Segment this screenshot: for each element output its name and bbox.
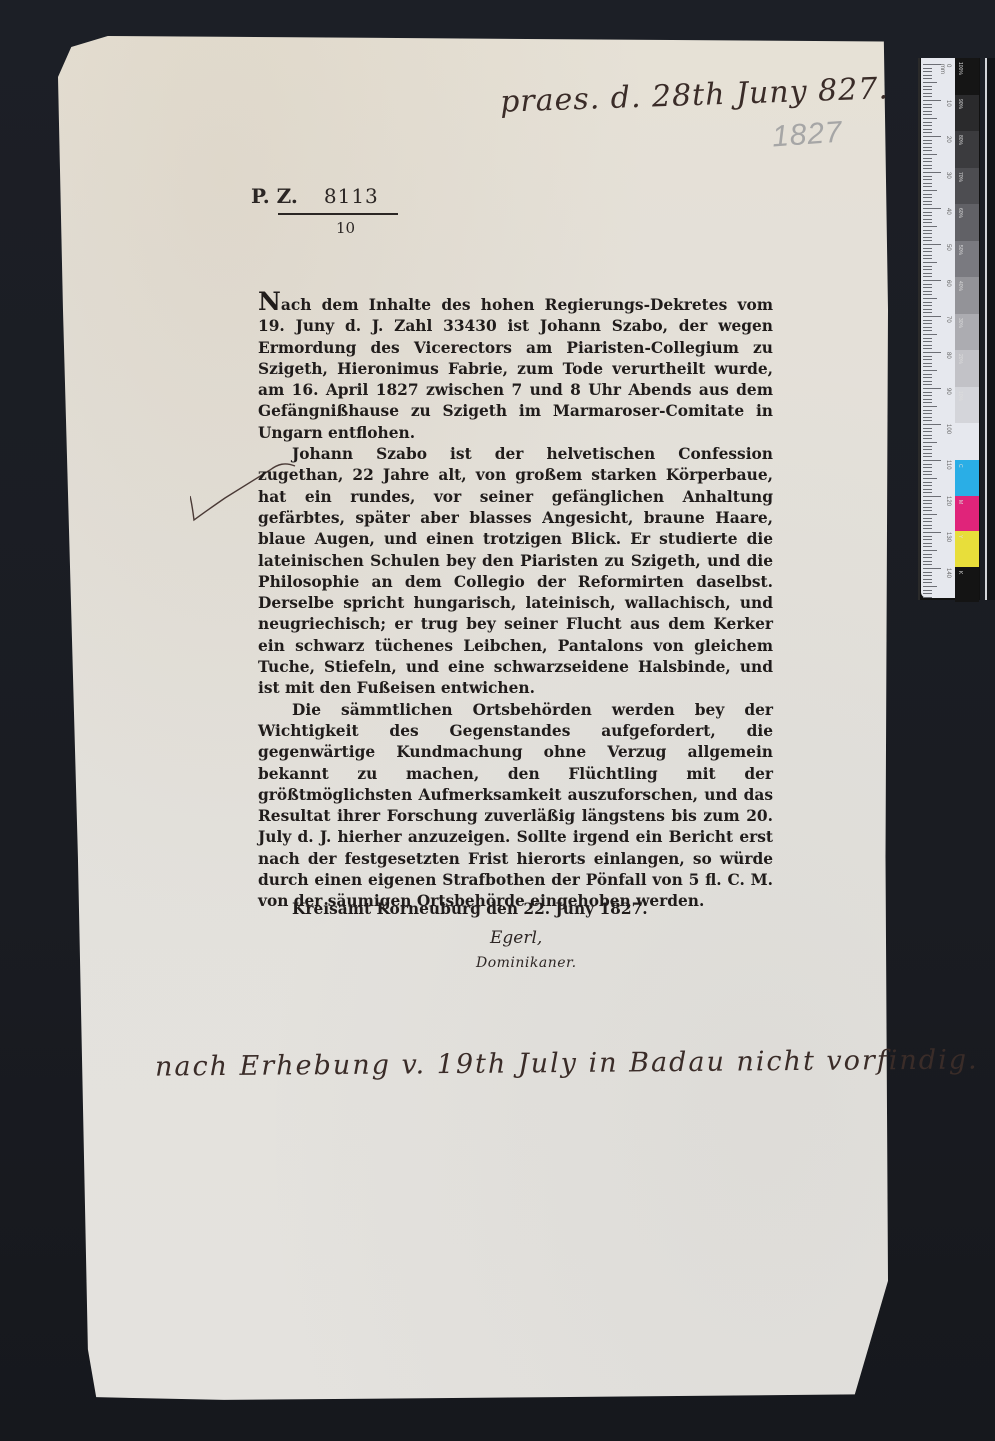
ruler-label: 40 bbox=[945, 208, 951, 215]
ruler-tick bbox=[923, 334, 937, 335]
ruler-label: 90 bbox=[945, 388, 951, 395]
ruler-label: 130 bbox=[945, 532, 951, 542]
ruler-tick bbox=[923, 107, 932, 108]
ruler-tick bbox=[923, 370, 937, 371]
ruler-tick bbox=[923, 237, 932, 238]
ruler-label: 80 bbox=[945, 352, 951, 359]
ruler-tick bbox=[923, 377, 932, 378]
ruler-tick bbox=[923, 507, 932, 508]
ruler-tick bbox=[923, 550, 937, 551]
ruler-tick bbox=[923, 514, 937, 515]
ruler-tick bbox=[923, 536, 932, 537]
ruler-tick bbox=[923, 165, 932, 166]
ruler-label: 100 bbox=[945, 424, 951, 434]
ruler-tick bbox=[923, 496, 941, 497]
color-patches: 100%90%80%70%60%50%40%30%20%10%CMYK bbox=[955, 58, 979, 602]
ruler-tick bbox=[923, 420, 932, 421]
ruler-tick bbox=[923, 352, 941, 353]
ruler-tick bbox=[923, 356, 932, 357]
ruler-tick bbox=[923, 348, 932, 349]
ruler-tick bbox=[923, 593, 932, 594]
ruler-tick bbox=[923, 572, 932, 573]
ruler-tick bbox=[923, 186, 932, 187]
ruler-tick bbox=[923, 71, 932, 72]
ruler-tick bbox=[923, 341, 932, 342]
ruler-tick bbox=[923, 262, 937, 263]
ruler-tick bbox=[923, 582, 932, 583]
ruler-tick bbox=[923, 240, 932, 241]
patch-gap bbox=[955, 423, 979, 460]
paragraph-instructions: Die sämmtlichen Ortsbehörden werden bey … bbox=[258, 700, 773, 913]
ruler-tick bbox=[923, 298, 937, 299]
ruler-tick bbox=[923, 183, 932, 184]
ruler-tick bbox=[923, 359, 932, 360]
color-patch: Y bbox=[955, 531, 979, 567]
ruler-tick bbox=[923, 579, 932, 580]
pencil-year-note: 1827 bbox=[771, 116, 844, 155]
ruler-tick bbox=[923, 532, 941, 533]
ruler-tick bbox=[923, 528, 932, 529]
ruler-tick bbox=[923, 575, 932, 576]
ruler-tick bbox=[923, 539, 932, 540]
ruler-tick bbox=[923, 309, 932, 310]
ruler-tick bbox=[923, 478, 937, 479]
ruler-label: 120 bbox=[945, 496, 951, 506]
ruler-tick bbox=[923, 287, 932, 288]
ruler-tick bbox=[923, 557, 932, 558]
ruler-tick bbox=[923, 521, 932, 522]
ruler-tick bbox=[923, 132, 932, 133]
ruler-tick bbox=[923, 143, 932, 144]
reference-number: P. Z.8113 bbox=[251, 184, 379, 208]
ruler-tick bbox=[923, 194, 932, 195]
reference-prefix: P. Z. bbox=[251, 184, 298, 208]
ruler-tick bbox=[923, 518, 932, 519]
ruler-tick bbox=[923, 424, 941, 425]
ruler-tick bbox=[923, 402, 932, 403]
color-patch: M bbox=[955, 496, 979, 532]
ruler-tick bbox=[923, 129, 932, 130]
ruler-tick bbox=[923, 316, 941, 317]
ruler-tick bbox=[923, 363, 932, 364]
ruler-tick bbox=[923, 68, 932, 69]
ruler-tick bbox=[923, 233, 932, 234]
ruler-tick bbox=[923, 226, 937, 227]
ruler-tick bbox=[923, 302, 932, 303]
ruler-tick bbox=[923, 554, 932, 555]
ruler-tick bbox=[923, 449, 932, 450]
ruler-tick bbox=[923, 161, 932, 162]
ruler-tick bbox=[923, 456, 932, 457]
ruler-tick bbox=[923, 78, 932, 79]
ruler-tick bbox=[923, 492, 932, 493]
ruler-tick bbox=[923, 399, 932, 400]
ruler-tick bbox=[923, 255, 932, 256]
ruler-tick bbox=[923, 568, 941, 569]
ruler-tick bbox=[923, 215, 932, 216]
ruler-tick bbox=[923, 485, 932, 486]
ruler-tick bbox=[923, 111, 932, 112]
gray-patch: 50% bbox=[955, 241, 979, 278]
ruler-tick bbox=[923, 273, 932, 274]
ruler-label: 0 mm bbox=[939, 64, 951, 74]
ruler-tick bbox=[923, 140, 932, 141]
gray-patch: 40% bbox=[955, 277, 979, 314]
ruler-tick bbox=[923, 82, 937, 83]
ruler-tick bbox=[923, 75, 932, 76]
ruler-tick bbox=[923, 197, 932, 198]
ruler-tick bbox=[923, 345, 932, 346]
ruler-tick bbox=[923, 561, 932, 562]
ruler-label: 60 bbox=[945, 280, 951, 287]
ruler-tick bbox=[923, 280, 941, 281]
ruler-label: 70 bbox=[945, 316, 951, 323]
ruler-tick bbox=[923, 327, 932, 328]
ruler-tick bbox=[923, 219, 932, 220]
ruler-tick bbox=[923, 284, 932, 285]
ruler-tick bbox=[923, 150, 932, 151]
paragraph-escape: Nach dem Inhalte des hohen Regierungs-De… bbox=[258, 291, 773, 444]
gray-patch: 90% bbox=[955, 95, 979, 132]
ruler-tick bbox=[923, 147, 932, 148]
ruler-tick bbox=[923, 93, 932, 94]
ruler-tick bbox=[923, 125, 932, 126]
ruler-tick bbox=[923, 251, 932, 252]
ruler-tick bbox=[923, 446, 932, 447]
ruler-tick bbox=[923, 230, 932, 231]
ruler-tick bbox=[923, 266, 932, 267]
paragraph-description: Johann Szabo ist der helvetischen Confes… bbox=[258, 444, 773, 700]
ruler-tick bbox=[923, 208, 941, 209]
ruler-tick bbox=[923, 388, 941, 389]
ruler-tick bbox=[923, 586, 937, 587]
ruler-tick bbox=[923, 366, 932, 367]
ruler-tick bbox=[923, 118, 937, 119]
ruler-tick bbox=[923, 212, 932, 213]
ruler-tick bbox=[923, 474, 932, 475]
ruler-tick bbox=[923, 392, 932, 393]
ruler-tick bbox=[923, 222, 932, 223]
ruler-tick bbox=[923, 276, 932, 277]
ruler-tick bbox=[923, 136, 941, 137]
ruler-tick bbox=[923, 190, 937, 191]
ruler-tick bbox=[923, 323, 932, 324]
ruler-tick bbox=[923, 406, 937, 407]
ruler-label: 20 bbox=[945, 136, 951, 143]
ruler-tick bbox=[923, 417, 932, 418]
ruler-tick bbox=[923, 564, 932, 565]
gray-patch: 10% bbox=[955, 387, 979, 424]
ruler-tick bbox=[923, 330, 932, 331]
ruler-tick bbox=[923, 597, 932, 598]
ruler-tick bbox=[923, 291, 932, 292]
ruler-tick bbox=[923, 489, 932, 490]
ruler-tick bbox=[923, 438, 932, 439]
ruler-tick bbox=[923, 122, 932, 123]
ruler-tick bbox=[923, 89, 932, 90]
ruler-tick bbox=[923, 168, 932, 169]
ruler-tick bbox=[923, 294, 932, 295]
signature-line-1: Egerl, bbox=[490, 928, 542, 948]
ruler-tick bbox=[923, 431, 932, 432]
ruler-tick bbox=[923, 442, 937, 443]
ruler-tick bbox=[923, 395, 932, 396]
ruler-tick bbox=[923, 460, 941, 461]
ruler-tick bbox=[923, 176, 932, 177]
strip-edge bbox=[985, 58, 995, 600]
ruler-tick bbox=[923, 201, 932, 202]
ruler-tick bbox=[923, 244, 941, 245]
ruler-label: 10 bbox=[945, 100, 951, 107]
ruler-label: 110 bbox=[945, 460, 951, 470]
reference-denominator: 10 bbox=[336, 219, 355, 237]
ruler-tick bbox=[923, 248, 932, 249]
drop-cap: N bbox=[258, 287, 281, 316]
ruler-tick bbox=[923, 104, 932, 105]
ruler-tick bbox=[923, 471, 932, 472]
ruler-tick bbox=[923, 500, 932, 501]
ruler-tick bbox=[923, 543, 932, 544]
gray-patch: 100% bbox=[955, 58, 979, 95]
ruler-tick bbox=[923, 172, 941, 173]
ruler-tick bbox=[923, 179, 932, 180]
ruler-tick bbox=[923, 158, 932, 159]
ruler-tick bbox=[923, 464, 932, 465]
ruler-tick bbox=[923, 435, 932, 436]
ruler-tick bbox=[923, 312, 932, 313]
ruler-tick bbox=[923, 546, 932, 547]
gray-patch: 20% bbox=[955, 350, 979, 387]
ruler-tick bbox=[923, 114, 932, 115]
ruler-tick bbox=[923, 453, 932, 454]
color-patch: K bbox=[955, 567, 979, 603]
ruler-tick bbox=[923, 269, 932, 270]
ruler-tick bbox=[923, 100, 941, 101]
ruler-tick bbox=[923, 482, 932, 483]
reference-numerator: 8113 bbox=[324, 184, 379, 208]
ruler-tick bbox=[923, 413, 932, 414]
gray-patch: 80% bbox=[955, 131, 979, 168]
ruler-tick bbox=[923, 96, 932, 97]
notice-body: Nach dem Inhalte des hohen Regierungs-De… bbox=[258, 291, 773, 913]
ruler-tick bbox=[923, 525, 932, 526]
ruler-tick bbox=[923, 86, 932, 87]
mm-ruler: 0 mm102030405060708090100110120130140 bbox=[921, 58, 955, 598]
ruler-tick bbox=[923, 510, 932, 511]
ruler-tick bbox=[923, 305, 932, 306]
ruler-tick bbox=[923, 338, 932, 339]
ruler-tick bbox=[923, 374, 932, 375]
ruler-tick bbox=[923, 467, 932, 468]
ruler-tick bbox=[923, 204, 932, 205]
ruler-tick bbox=[923, 590, 932, 591]
ruler-tick bbox=[923, 384, 932, 385]
ruler-label: 50 bbox=[945, 244, 951, 251]
color-patch: C bbox=[955, 460, 979, 496]
gray-patch: 70% bbox=[955, 168, 979, 205]
ruler-tick bbox=[923, 410, 932, 411]
ruler-tick bbox=[923, 154, 937, 155]
signature-line-2: Dominikaner. bbox=[476, 955, 577, 971]
reference-fraction-rule bbox=[278, 213, 398, 215]
ruler-tick bbox=[923, 320, 932, 321]
ruler-tick bbox=[923, 503, 932, 504]
ruler-label: 140 bbox=[945, 568, 951, 578]
ruler-tick bbox=[923, 258, 932, 259]
gray-patch: 30% bbox=[955, 314, 979, 351]
ruler-label: 30 bbox=[945, 172, 951, 179]
gray-patch: 60% bbox=[955, 204, 979, 241]
closing-place-date: Kreisamt Korneuburg den 22. Juny 1827. bbox=[292, 900, 648, 918]
ruler-tick bbox=[923, 428, 932, 429]
ruler-tick bbox=[923, 381, 932, 382]
